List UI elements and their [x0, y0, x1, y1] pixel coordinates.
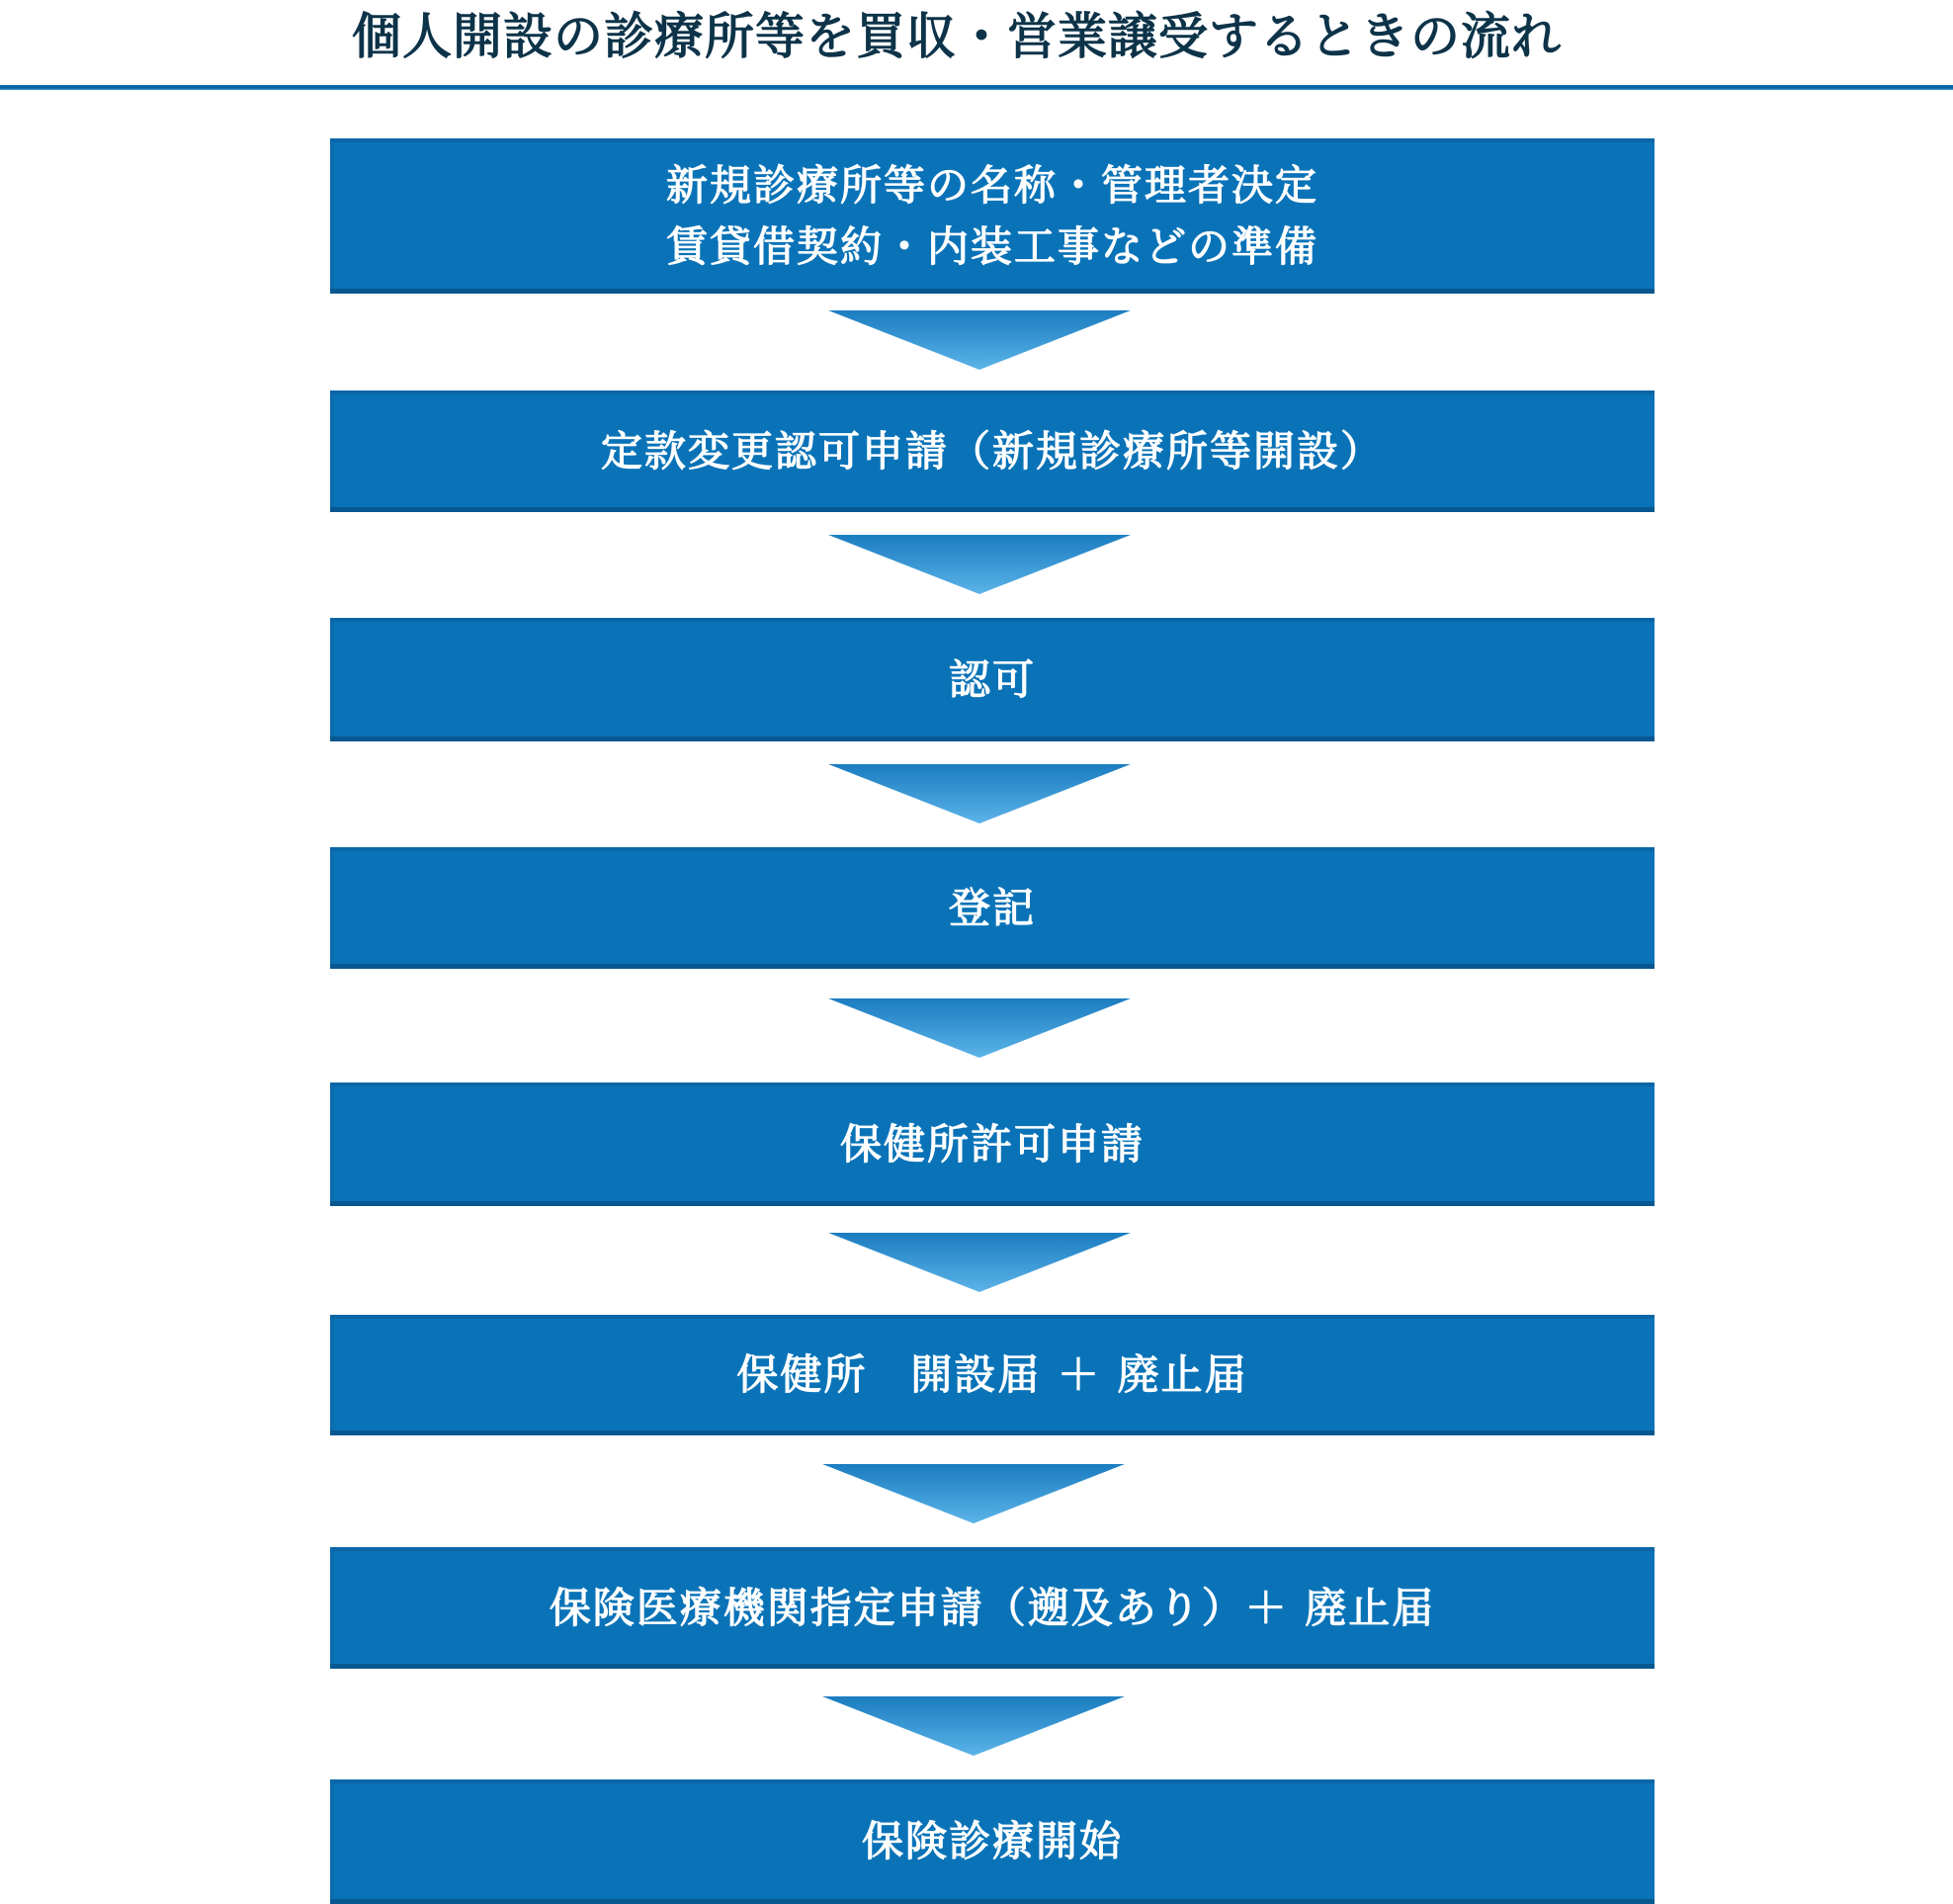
- step-1-line-1: 新規診療所等の名称・管理者決定: [666, 155, 1318, 216]
- page-title: 個人開設の診療所等を買収・営業譲受するときの流れ: [0, 2, 1953, 71]
- step-3-label: 認可: [949, 649, 1036, 711]
- down-arrow-icon: [828, 998, 1131, 1058]
- down-arrow-icon: [828, 1233, 1131, 1292]
- step-1-line-2: 賃貸借契約・内装工事などの準備: [666, 216, 1318, 278]
- step-6-label: 保健所 開設届 ＋ 廃止届: [736, 1344, 1247, 1406]
- step-4-label: 登記: [949, 878, 1036, 939]
- down-arrow-icon: [822, 1464, 1125, 1523]
- flow-step-3-approval: 認可: [330, 618, 1655, 741]
- flow-step-6-opening-and-closure-notice: 保健所 開設届 ＋ 廃止届: [330, 1315, 1655, 1435]
- flow-step-7-insurance-institution-designation: 保険医療機関指定申請（遡及あり）＋ 廃止届: [330, 1547, 1655, 1669]
- step-2-label: 定款変更認可申請（新規診療所等開設）: [601, 421, 1384, 482]
- flow-step-1-preparation: 新規診療所等の名称・管理者決定 賃貸借契約・内装工事などの準備: [330, 138, 1655, 294]
- down-arrow-icon: [828, 535, 1131, 594]
- flow-step-5-health-center-permit-application: 保健所許可申請: [330, 1082, 1655, 1206]
- step-8-label: 保険診療開始: [862, 1811, 1123, 1872]
- down-arrow-icon: [828, 310, 1131, 370]
- flow-step-2-articles-amendment-application: 定款変更認可申請（新規診療所等開設）: [330, 390, 1655, 512]
- down-arrow-icon: [822, 1696, 1125, 1756]
- down-arrow-icon: [828, 764, 1131, 823]
- flow-step-8-insurance-practice-start: 保険診療開始: [330, 1779, 1655, 1904]
- step-7-label: 保険医療機関指定申請（遡及あり）＋ 廃止届: [550, 1578, 1436, 1639]
- flow-step-4-registration: 登記: [330, 847, 1655, 969]
- step-5-label: 保健所許可申請: [840, 1114, 1145, 1175]
- title-underline-divider: [0, 85, 1953, 90]
